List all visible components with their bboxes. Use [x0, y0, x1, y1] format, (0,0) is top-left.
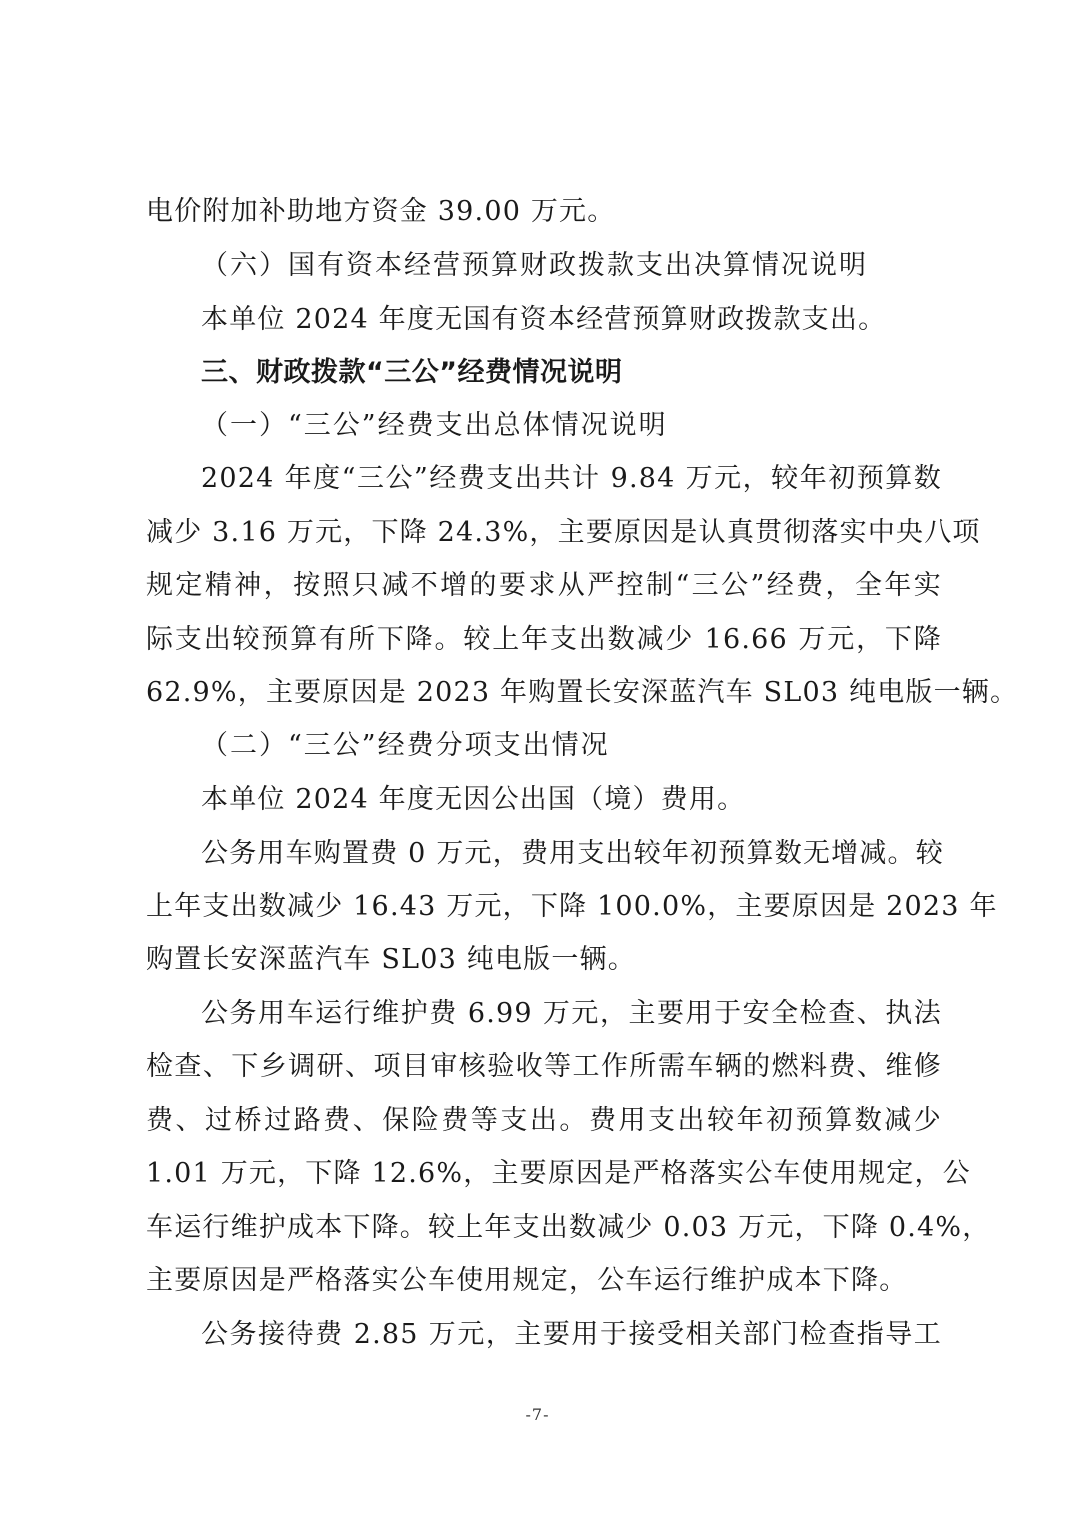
body-line: 主要原因是严格落实公车使用规定，公车运行维护成本下降。	[146, 1261, 942, 1301]
body-line: 本单位 2024 年度无因公出国（境）费用。	[201, 780, 942, 820]
body-line: 电价附加补助地方资金 39.00 万元。	[146, 192, 942, 232]
body-line: 公务接待费 2.85 万元，主要用于接受相关部门检查指导工	[201, 1315, 942, 1355]
body-line: 购置长安深蓝汽车 SL03 纯电版一辆。	[146, 940, 942, 980]
section-subheading-6: （六）国有资本经营预算财政拨款支出决算情况说明	[201, 246, 942, 286]
section-subheading-1: （一）“三公”经费支出总体情况说明	[201, 406, 942, 446]
body-line: 上年支出数减少 16.43 万元，下降 100.0%，主要原因是 2023 年	[146, 887, 942, 927]
body-line: 本单位 2024 年度无国有资本经营预算财政拨款支出。	[201, 300, 942, 340]
body-line: 费、过桥过路费、保险费等支出。费用支出较年初预算数减少	[146, 1101, 942, 1141]
section-subheading-2: （二）“三公”经费分项支出情况	[201, 726, 942, 766]
body-line: 规定精神，按照只减不增的要求从严控制“三公”经费，全年实	[146, 566, 942, 606]
body-line: 减少 3.16 万元，下降 24.3%，主要原因是认真贯彻落实中央八项	[146, 513, 942, 553]
body-line: 车运行维护成本下降。较上年支出数减少 0.03 万元，下降 0.4%，	[146, 1208, 942, 1248]
section-heading-3: 三、财政拨款“三公”经费情况说明	[201, 353, 942, 393]
body-line: 际支出较预算有所下降。较上年支出数减少 16.66 万元，下降	[146, 620, 942, 660]
document-page: 电价附加补助地方资金 39.00 万元。 （六）国有资本经营预算财政拨款支出决算…	[0, 0, 1075, 1520]
body-line: 公务用车购置费 0 万元，费用支出较年初预算数无增减。较	[201, 834, 942, 874]
body-line: 检查、下乡调研、项目审核验收等工作所需车辆的燃料费、维修	[146, 1047, 942, 1087]
body-line: 公务用车运行维护费 6.99 万元，主要用于安全检查、执法	[201, 994, 942, 1034]
page-number: -7-	[0, 1405, 1075, 1424]
body-line: 62.9%，主要原因是 2023 年购置长安深蓝汽车 SL03 纯电版一辆。	[146, 673, 942, 713]
body-line: 2024 年度“三公”经费支出共计 9.84 万元，较年初预算数	[201, 459, 942, 499]
body-line: 1.01 万元，下降 12.6%，主要原因是严格落实公车使用规定，公	[146, 1154, 942, 1194]
